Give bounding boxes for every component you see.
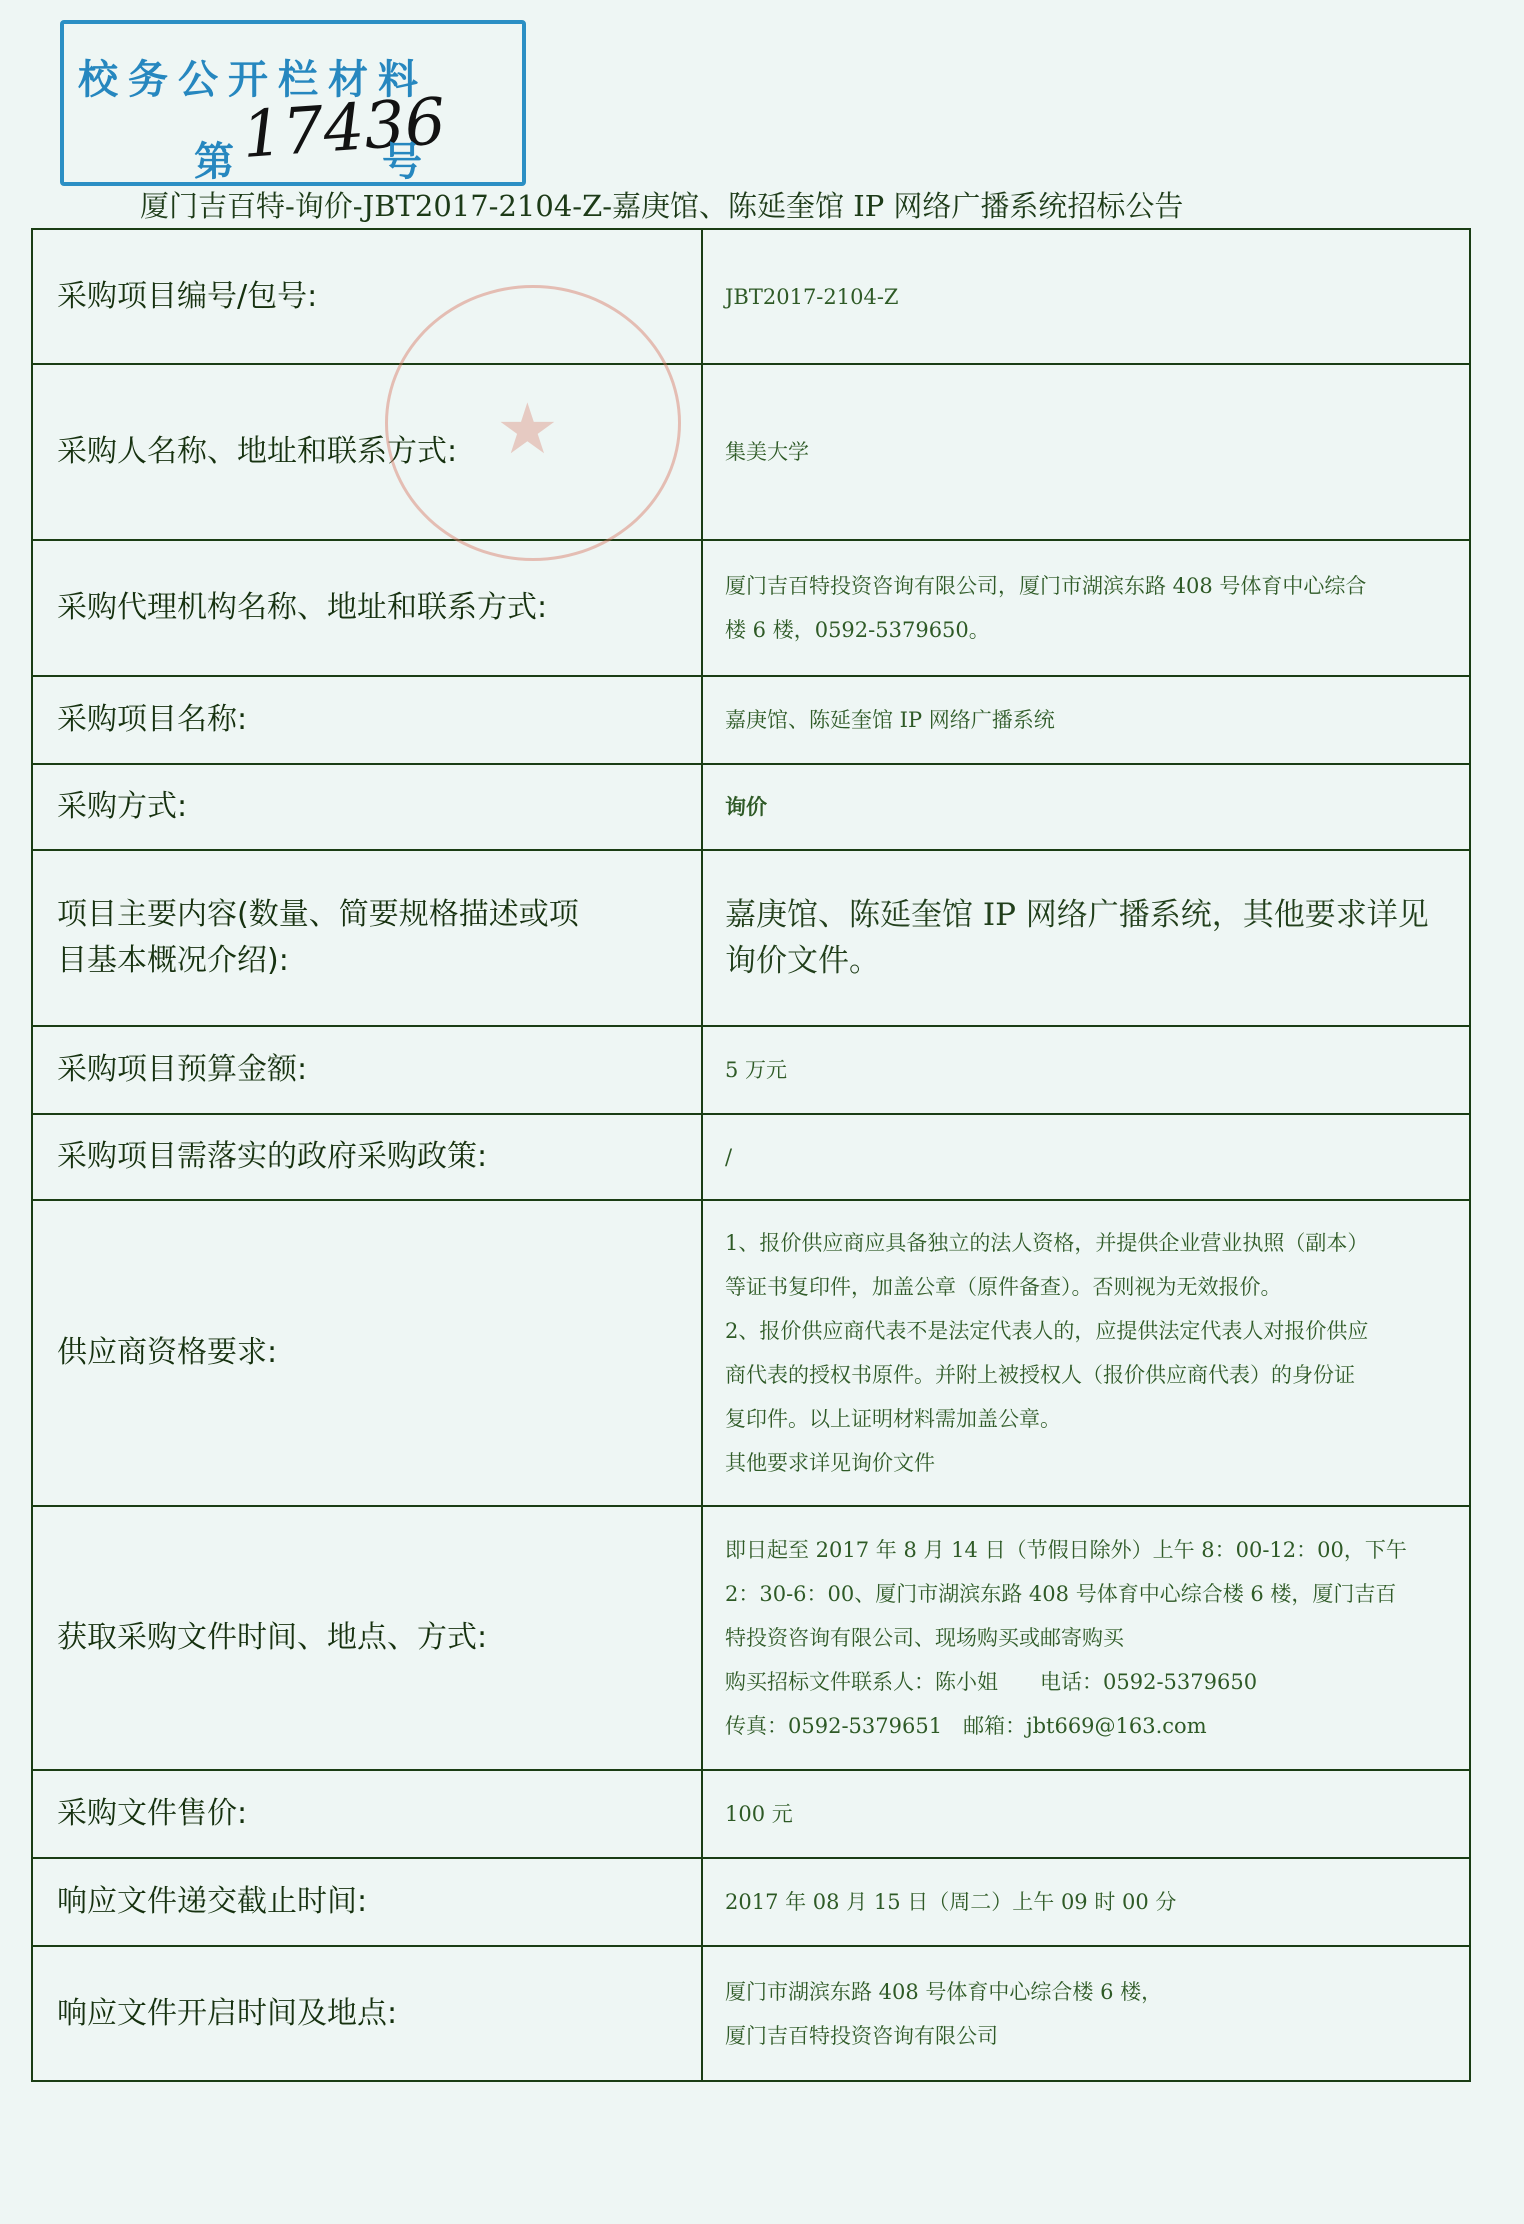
label-line: 项目主要内容(数量、简要规格描述或项 [57,892,691,938]
document-title: 厦门吉百特-询价-JBT2017-2104-Z-嘉庚馆、陈延奎馆 IP 网络广播… [140,184,1400,225]
value-line: 2：30-6：00、厦门市湖滨东路 408 号体育中心综合楼 6 楼，厦门吉百 [725,1572,1449,1616]
stamp-number-suffix: 号 [382,130,422,187]
value-line: 其他要求详见询价文件 [725,1441,1449,1485]
table-row: 获取采购文件时间、地点、方式: 即日起至 2017 年 8 月 14 日（节假日… [32,1506,1470,1770]
row-label: 采购代理机构名称、地址和联系方式: [32,540,702,676]
row-value: 询价 [702,764,1470,850]
table-row: 采购项目需落实的政府采购政策: / [32,1114,1470,1200]
row-label: 响应文件开启时间及地点: [32,1946,702,2081]
row-value: 厦门市湖滨东路 408 号体育中心综合楼 6 楼， 厦门吉百特投资咨询有限公司 [702,1946,1470,2081]
table-row: 响应文件开启时间及地点: 厦门市湖滨东路 408 号体育中心综合楼 6 楼， 厦… [32,1946,1470,2081]
value-line: 5 万元 [725,1048,1449,1092]
row-value: JBT2017-2104-Z [702,229,1470,364]
row-label: 响应文件递交截止时间: [32,1858,702,1946]
value-line: 特投资咨询有限公司、现场购买或邮寄购买 [725,1616,1449,1660]
value-line: 询价文件。 [725,938,1449,984]
label-line: 目基本概况介绍): [57,938,691,984]
row-value: 即日起至 2017 年 8 月 14 日（节假日除外）上午 8：00-12：00… [702,1506,1470,1770]
row-label: 采购项目名称: [32,676,702,764]
value-line: 1、报价供应商应具备独立的法人资格，并提供企业营业执照（副本） [725,1221,1449,1265]
procurement-info-table: 采购项目编号/包号: JBT2017-2104-Z 采购人名称、地址和联系方式:… [31,228,1471,2082]
value-line: 等证书复印件，加盖公章（原件备查）。否则视为无效报价。 [725,1265,1449,1309]
value-line: 复印件。以上证明材料需加盖公章。 [725,1397,1449,1441]
table-row: 采购方式: 询价 [32,764,1470,850]
value-line: 楼 6 楼，0592-5379650。 [725,608,1449,652]
row-value: 2017 年 08 月 15 日（周二）上午 09 时 00 分 [702,1858,1470,1946]
table-row: 采购文件售价: 100 元 [32,1770,1470,1858]
value-line: 2017 年 08 月 15 日（周二）上午 09 时 00 分 [725,1880,1449,1924]
table-row: 项目主要内容(数量、简要规格描述或项 目基本概况介绍): 嘉庚馆、陈延奎馆 IP… [32,850,1470,1026]
value-line: 厦门吉百特投资咨询有限公司，厦门市湖滨东路 408 号体育中心综合 [725,564,1449,608]
table-row: 供应商资格要求: 1、报价供应商应具备独立的法人资格，并提供企业营业执照（副本）… [32,1200,1470,1506]
value-line: / [725,1135,1449,1179]
row-label: 采购方式: [32,764,702,850]
table-row: 采购项目名称: 嘉庚馆、陈延奎馆 IP 网络广播系统 [32,676,1470,764]
row-value: 厦门吉百特投资咨询有限公司，厦门市湖滨东路 408 号体育中心综合 楼 6 楼，… [702,540,1470,676]
row-label: 采购项目需落实的政府采购政策: [32,1114,702,1200]
value-line: 100 元 [725,1792,1449,1836]
table-row: 采购代理机构名称、地址和联系方式: 厦门吉百特投资咨询有限公司，厦门市湖滨东路 … [32,540,1470,676]
row-value: 5 万元 [702,1026,1470,1114]
row-label: 采购人名称、地址和联系方式: [32,364,702,540]
row-label: 采购项目编号/包号: [32,229,702,364]
value-line: 2、报价供应商代表不是法定代表人的，应提供法定代表人对报价供应 [725,1309,1449,1353]
table-row: 采购项目编号/包号: JBT2017-2104-Z [32,229,1470,364]
stamp-number-prefix: 第 [194,130,234,187]
row-value: 100 元 [702,1770,1470,1858]
row-label: 获取采购文件时间、地点、方式: [32,1506,702,1770]
value-line: 购买招标文件联系人：陈小姐 电话：0592-5379650 [725,1660,1449,1704]
school-affairs-disclosure-stamp: 校务公开栏材料 第 17436 号 [60,20,526,186]
value-line: 厦门市湖滨东路 408 号体育中心综合楼 6 楼， [725,1970,1449,2014]
row-label: 项目主要内容(数量、简要规格描述或项 目基本概况介绍): [32,850,702,1026]
table-row: 采购项目预算金额: 5 万元 [32,1026,1470,1114]
value-line: 嘉庚馆、陈延奎馆 IP 网络广播系统，其他要求详见 [725,892,1449,938]
value-line: 厦门吉百特投资咨询有限公司 [725,2014,1449,2058]
value-line: 传真：0592-5379651 邮箱：jbt669@163.com [725,1704,1449,1748]
row-value: 嘉庚馆、陈延奎馆 IP 网络广播系统 [702,676,1470,764]
row-label: 采购文件售价: [32,1770,702,1858]
value-line: 集美大学 [725,430,1449,474]
table-row: 采购人名称、地址和联系方式: 集美大学 [32,364,1470,540]
value-line: 嘉庚馆、陈延奎馆 IP 网络广播系统 [725,698,1449,742]
row-value: 1、报价供应商应具备独立的法人资格，并提供企业营业执照（副本） 等证书复印件，加… [702,1200,1470,1506]
value-line: 即日起至 2017 年 8 月 14 日（节假日除外）上午 8：00-12：00… [725,1528,1449,1572]
table-row: 响应文件递交截止时间: 2017 年 08 月 15 日（周二）上午 09 时 … [32,1858,1470,1946]
row-label: 供应商资格要求: [32,1200,702,1506]
row-value: 集美大学 [702,364,1470,540]
value-line: JBT2017-2104-Z [725,275,1449,319]
row-value: / [702,1114,1470,1200]
value-line: 商代表的授权书原件。并附上被授权人（报价供应商代表）的身份证 [725,1353,1449,1397]
row-label: 采购项目预算金额: [32,1026,702,1114]
row-value: 嘉庚馆、陈延奎馆 IP 网络广播系统，其他要求详见 询价文件。 [702,850,1470,1026]
value-line: 询价 [725,785,1449,829]
